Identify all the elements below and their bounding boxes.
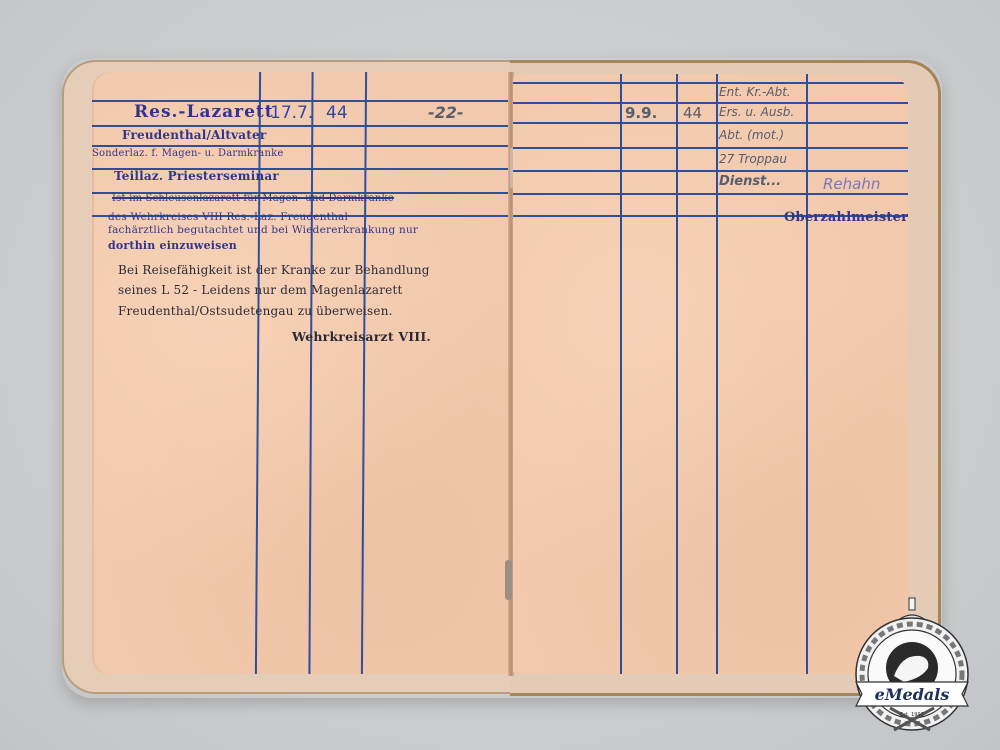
note-line-1: Ist im Schleusenlazarett für Magen- und … [112, 193, 394, 204]
stamp-sub-hospital: Teillaz. Priesterseminar [114, 169, 279, 183]
emedals-badge-icon: eMedals Est. 1997 [842, 596, 982, 736]
pencil-note: Dienst... [719, 174, 781, 189]
column-line [806, 74, 808, 674]
transfer-line-1: Bei Reisefähigkeit ist der Kranke zur Be… [118, 263, 430, 277]
stamp-department: Sonderlaz. f. Magen- u. Darmkranke [92, 148, 283, 159]
column-line [620, 74, 622, 674]
discharge-year: 44 [683, 104, 702, 122]
column-line [308, 72, 313, 674]
column-line [716, 74, 718, 674]
left-page: Res.-Lazarett 17.7. 44 -22- Freudenthal/… [92, 72, 510, 674]
entry-number: -22- [428, 103, 464, 122]
stamp-location: Freudenthal/Altvater [122, 128, 266, 142]
transfer-line-3: Freudenthal/Ostsudetengau zu überweisen. [118, 304, 393, 318]
transfer-line-2: seines L 52 - Leidens nur dem Magenlazar… [118, 283, 403, 297]
column-line [361, 72, 367, 674]
note-line-3: fachärztlich begutachtet und bei Wiedere… [108, 224, 418, 236]
transfer-signature: Wehrkreisarzt VIII. [292, 329, 431, 344]
pencil-note: Ers. u. Ausb. [719, 105, 794, 119]
rule-line [513, 193, 908, 195]
column-line [255, 72, 261, 674]
rule-line [513, 102, 908, 104]
brand-text: eMedals [875, 685, 950, 704]
admission-date: 17.7. [270, 103, 313, 123]
rule-line [513, 82, 908, 84]
rule-line [513, 170, 908, 172]
hospital-stamp: Res.-Lazarett [134, 102, 274, 122]
pencil-note: Abt. (mot.) [719, 128, 784, 142]
gutter-tear [505, 560, 512, 600]
admission-year: 44 [326, 103, 348, 123]
rule-line [513, 122, 908, 124]
rule-line [92, 125, 510, 127]
paymaster-title-stamp: Oberzahlmeister [784, 210, 908, 225]
column-line [676, 74, 678, 674]
rule-line [92, 145, 510, 147]
pencil-note: Ent. Kr.-Abt. [719, 85, 791, 99]
paymaster-signature: Rehahn [823, 175, 880, 193]
emedals-watermark: eMedals Est. 1997 [842, 596, 982, 736]
svg-text:Est. 1997: Est. 1997 [900, 712, 924, 718]
note-line-4: dorthin einzuweisen [108, 239, 237, 252]
pencil-note: 27 Troppau [719, 152, 787, 166]
right-page: 9.9. 44 Ent. Kr.-Abt. Ers. u. Ausb. Abt.… [513, 74, 908, 674]
note-line-2: des Wehrkreises VIII Res.-Laz. Freudenth… [108, 211, 348, 223]
discharge-date: 9.9. [625, 104, 657, 122]
rule-line [513, 147, 908, 149]
